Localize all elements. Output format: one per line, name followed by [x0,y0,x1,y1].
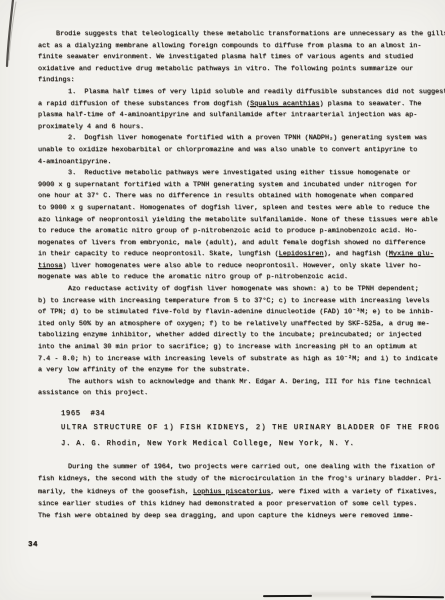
entry-year-number: 1965 #34 [61,410,105,418]
text-line: ited only 50% by an atmosphere of oxygen… [38,319,445,331]
scan-crease-artifact [0,0,30,72]
entry-title: ULTRA STRUCTURE OF 1) FISH KIDNEYS, 2) T… [61,424,440,432]
abstract-continuation-text: Brodie suggests that teleologically thes… [38,29,445,400]
scan-mark-artifact [263,595,312,597]
entry-body-text: During the summer of 1964, two projects … [38,461,442,522]
text-line: plasma half-time of 4-aminoantipyrine an… [38,110,445,122]
text-line: unable to oxidize hexobarbital or chlorp… [38,145,445,157]
text-line: The fish were obtained by deep sea dragg… [38,510,442,522]
page-number: 34 [28,541,38,549]
text-line: a very low affinity of the enzyme for th… [38,365,445,377]
text-line: oxidative and reductive drug metabolic p… [38,64,445,76]
text-line: proximately 4 and 6 hours. [38,122,445,134]
scan-smudge-artifact [310,592,372,597]
text-line: During the summer of 1964, two projects … [38,461,442,473]
text-line: finite seawater environment. We investig… [38,52,445,64]
text-line: 1. Plasma half times of very lipid solub… [38,87,445,99]
entry-authors: J. A. G. Rhodin, New York Medical Colleg… [61,440,355,448]
text-line: one hour at 37° C. There was no differen… [38,191,445,203]
text-line: 7.4 - 8.0; h) to increase with increasin… [38,354,445,366]
text-line: to reduce the aromatic nitro group of p-… [38,226,445,238]
text-line: tabolizing enzyme inhibitor, whether add… [38,330,445,342]
text-line: findings: [38,75,445,87]
scanned-page: Brodie suggests that teleologically thes… [0,0,445,600]
text-line: in their capacity to reduce neoprontosil… [38,249,445,261]
text-line: azo linkage of neoprontosil yielding the… [38,215,445,227]
text-line: Brodie suggests that teleologically thes… [38,29,445,41]
text-line: mogenates of livers from embryonic, male… [38,238,445,250]
text-line: The authors wish to acknowledge and than… [38,377,445,389]
text-line: assistance on this project. [38,388,445,400]
text-line: 2. Dogfish liver homogenate fortified wi… [38,133,445,145]
text-line: a rapid diffusion of these substances fr… [38,99,445,111]
text-line: 4-aminoantipyrine. [38,157,445,169]
text-line: tinosa) liver homogenates were also able… [38,261,445,273]
text-line: Azo reductase activity of dogfish liver … [38,284,445,296]
text-line: into the animal 30 min prior to sacrific… [38,342,445,354]
text-line: to 9000 x g supernatant. Homogenates of … [38,203,445,215]
text-line: fish kidneys, the second with the study … [38,473,442,485]
text-line: since earlier studies of this kidney had… [38,498,442,510]
text-line: mogenate was able to reduce the aromatic… [38,272,445,284]
text-line: marily, the kidneys of the goosefish, Lo… [38,486,442,498]
text-line: of TPN; d) to be stimulated five-fold by… [38,307,445,319]
text-line: b) to increase with increasing temperatu… [38,296,445,308]
text-line: 9000 x g supernatant fortified with a TP… [38,180,445,192]
scan-mark-artifact [371,596,444,599]
text-line: act as a dialyzing membrane allowing for… [38,41,445,53]
text-line: 3. Reductive metabolic pathways were inv… [38,168,445,180]
